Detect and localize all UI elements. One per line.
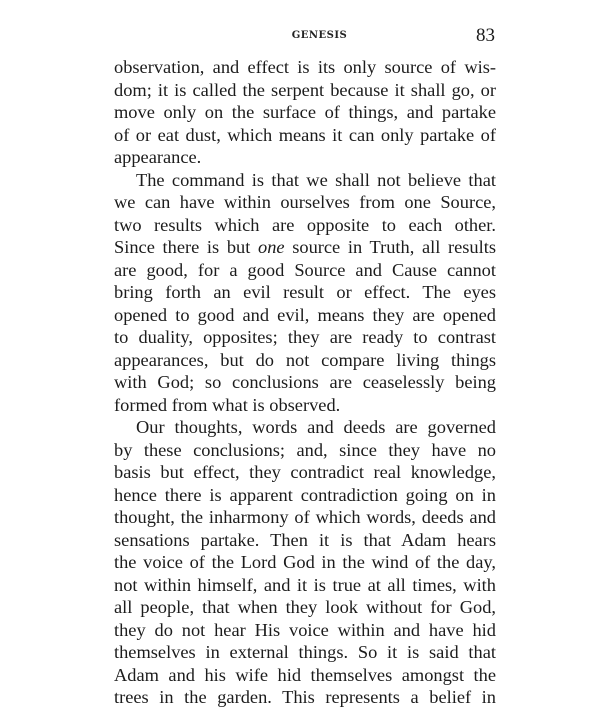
text-line: opened to good and evil, means they are …: [114, 304, 496, 327]
text-line: two results which are opposite to each o…: [114, 214, 496, 237]
text-line: appearances, but do not compare living t…: [114, 349, 496, 372]
text-line: basis but effect, they contradict real k…: [114, 461, 496, 484]
text-line: by these conclusions; and, since they ha…: [114, 439, 496, 462]
body-text: observation, and effect is its only sour…: [114, 56, 496, 709]
text-line: dom; it is called the serpent because it…: [114, 79, 496, 102]
text-line: appearance.: [114, 146, 496, 169]
paragraph: observation, and effect is its only sour…: [114, 56, 496, 169]
text-line: Adam and his wife hid themselves amongst…: [114, 664, 496, 687]
text-line: they do not hear His voice within and ha…: [114, 619, 496, 642]
text-line: trees in the garden. This represents a b…: [114, 686, 496, 709]
text-line: not within himself, and it is true at al…: [114, 574, 496, 597]
text-line: hence there is apparent contradiction go…: [114, 484, 496, 507]
paragraph: Our thoughts, words and deeds are govern…: [114, 416, 496, 709]
text-line: with God; so conclusions are ceaselessly…: [114, 371, 496, 394]
text-line: of or eat dust, which means it can only …: [114, 124, 496, 147]
text-line: Our thoughts, words and deeds are govern…: [114, 416, 496, 439]
text-line: formed from what is observed.: [114, 394, 496, 417]
text-line: sensations partake. Then it is that Adam…: [114, 529, 496, 552]
paragraph: The command is that we shall not believe…: [114, 169, 496, 417]
text-segment: Since there is but: [114, 237, 258, 257]
text-line: to duality, opposites; they are ready to…: [114, 326, 496, 349]
text-line: all people, that when they look without …: [114, 596, 496, 619]
text-line: The command is that we shall not believe…: [114, 169, 496, 192]
running-head: GENESIS 83: [114, 26, 495, 46]
text-line: the voice of the Lord God in the wind of…: [114, 551, 496, 574]
text-line: observation, and effect is its only sour…: [114, 56, 496, 79]
text-line: bring forth an evil result or effect. Th…: [114, 281, 496, 304]
text-segment: source in Truth, all results: [285, 237, 496, 257]
text-line: move only on the surface of things, and …: [114, 101, 496, 124]
running-title: GENESIS: [114, 30, 495, 41]
emphasized-word: one: [258, 237, 285, 257]
text-line: are good, for a good Source and Cause ca…: [114, 259, 496, 282]
book-page: GENESIS 83 observation, and effect is it…: [0, 0, 600, 709]
text-line: themselves in external things. So it is …: [114, 641, 496, 664]
text-line-with-emphasis: Since there is but one source in Truth, …: [114, 236, 496, 259]
page-number: 83: [476, 25, 495, 47]
text-line: we can have within ourselves from one So…: [114, 191, 496, 214]
text-line: thought, the inharmony of which words, d…: [114, 506, 496, 529]
